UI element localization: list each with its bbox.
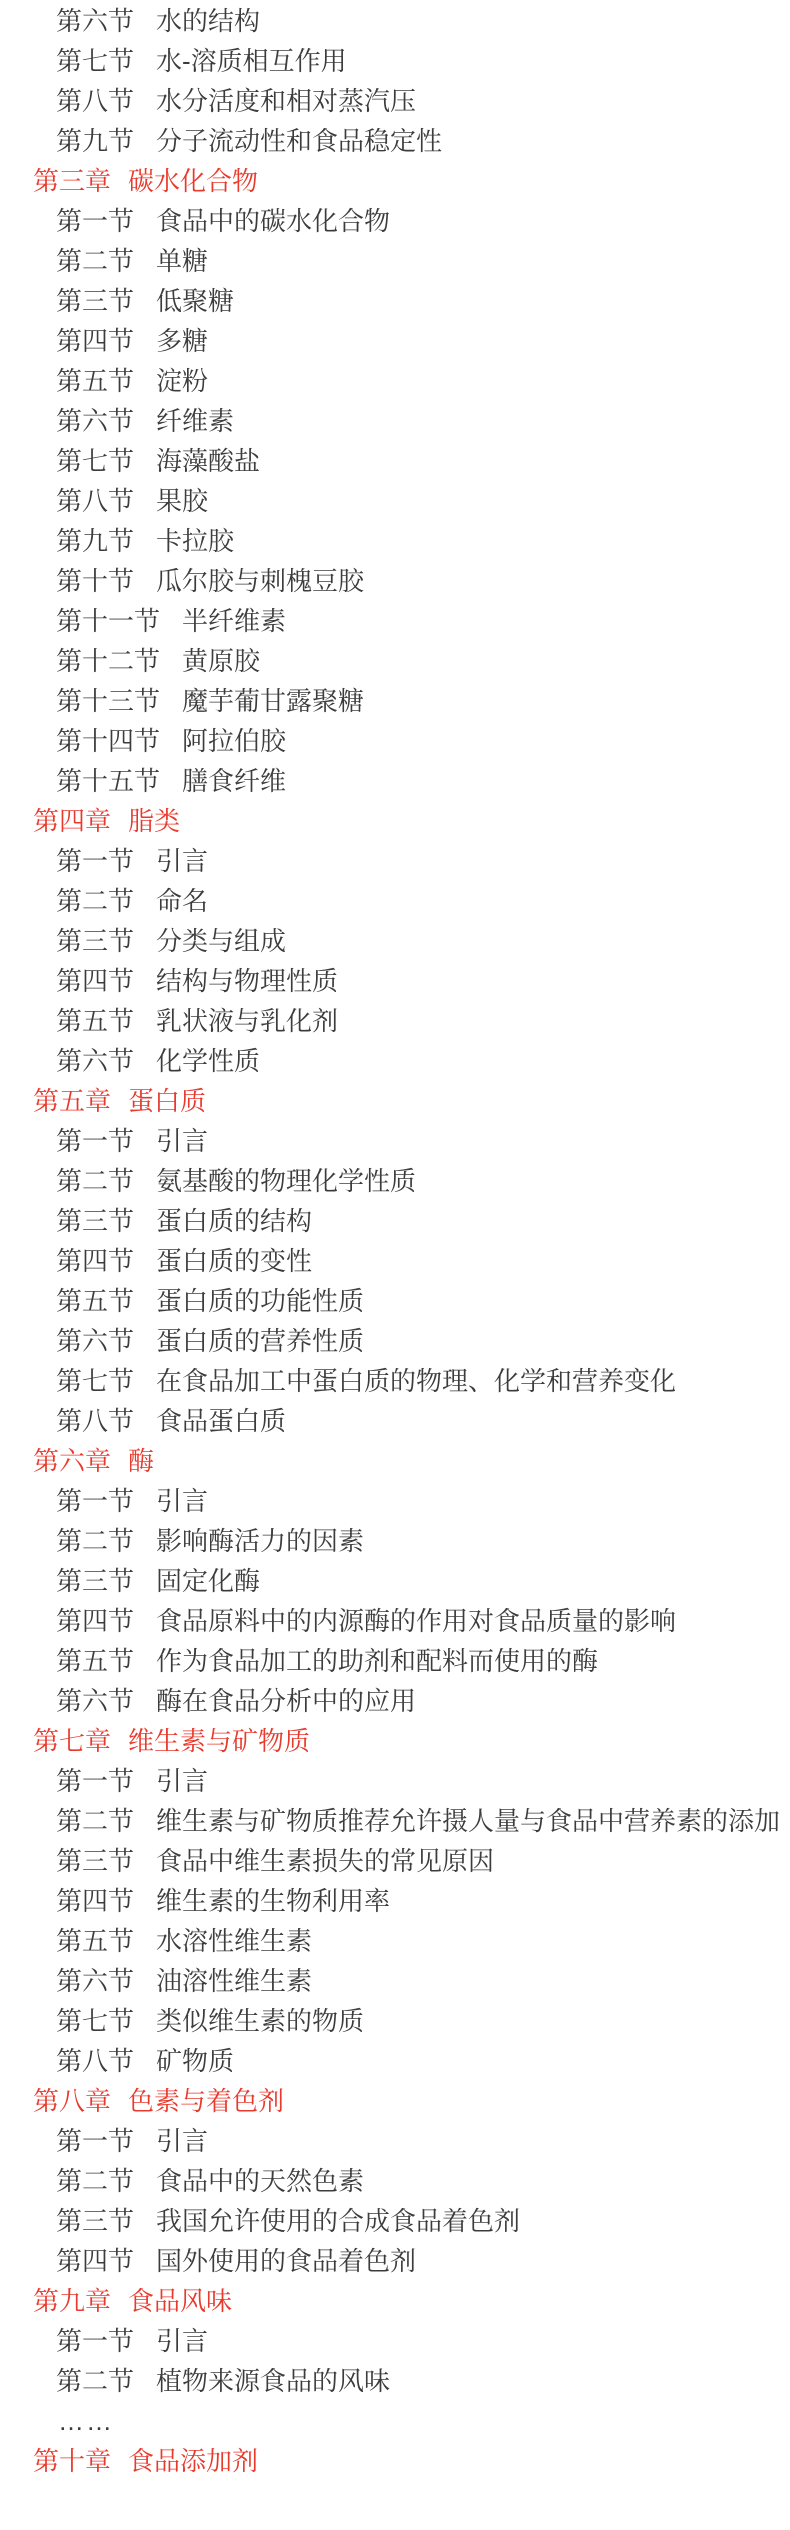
toc-row-title: 矿物质	[156, 2041, 234, 2081]
toc-row-section: 第十二节 黄原胶	[0, 641, 790, 681]
toc-row-title: 维生素的生物利用率	[156, 1881, 390, 1921]
toc-row-section: 第三节 固定化酶	[0, 1561, 790, 1601]
toc-row-title: 碳水化合物	[128, 161, 258, 201]
toc-row-label: 第八节	[56, 1401, 134, 1441]
toc-row-label: 第七节	[56, 2001, 134, 2041]
toc-row-label: 第三节	[56, 1841, 134, 1881]
toc-row-section: 第三节 我国允许使用的合成食品着色剂	[0, 2201, 790, 2241]
toc-row-label: 第四节	[56, 1241, 134, 1281]
toc-row-section: 第五节 水溶性维生素	[0, 1921, 790, 1961]
toc-row-label: 第二节	[56, 1161, 134, 1201]
toc-row-section: 第三节 分类与组成	[0, 921, 790, 961]
toc-row-title: 引言	[156, 1481, 208, 1521]
toc-row-title: 水的结构	[156, 1, 260, 41]
toc-row-section: 第六节 纤维素	[0, 401, 790, 441]
toc-row-label: 第一节	[56, 2121, 134, 2161]
toc-row-label: 第七节	[56, 1361, 134, 1401]
toc-row-label: 第三节	[56, 281, 134, 321]
toc-row-section: 第六节 蛋白质的营养性质	[0, 1321, 790, 1361]
toc-row-section: 第十五节 膳食纤维	[0, 761, 790, 801]
toc-row-section: 第一节 引言	[0, 2321, 790, 2361]
toc-row-title: 油溶性维生素	[156, 1961, 312, 2001]
toc-row-title: 引言	[156, 841, 208, 881]
toc-row-title: 命名	[156, 881, 208, 921]
toc-row-section: 第二节 氨基酸的物理化学性质	[0, 1161, 790, 1201]
toc-row-label: 第八节	[56, 2041, 134, 2081]
toc-row-label: 第十五节	[56, 761, 160, 801]
toc-row-label: 第一节	[56, 1121, 134, 1161]
toc-row-section: 第四节 维生素的生物利用率	[0, 1881, 790, 1921]
toc-row-title: 植物来源食品的风味	[156, 2361, 390, 2401]
toc-row-label: 第八节	[56, 481, 134, 521]
toc-row-section: 第六节 油溶性维生素	[0, 1961, 790, 2001]
toc-row-title: 魔芋葡甘露聚糖	[182, 681, 364, 721]
toc-row-title: 酶	[128, 1441, 154, 1481]
toc-row-label: 第六节	[56, 1041, 134, 1081]
toc-row-title: 多糖	[156, 321, 208, 361]
toc-row-label: 第五节	[56, 1641, 134, 1681]
toc-row-title: 脂类	[128, 801, 180, 841]
toc-row-title: 影响酶活力的因素	[156, 1521, 364, 1561]
toc-row-title: 作为食品加工的助剂和配料而使用的酶	[156, 1641, 598, 1681]
toc-row-section: 第五节 作为食品加工的助剂和配料而使用的酶	[0, 1641, 790, 1681]
toc-row-title: 化学性质	[156, 1041, 260, 1081]
toc-row-label: 第六节	[56, 1681, 134, 1721]
toc-row-label: 第六节	[56, 1321, 134, 1361]
toc-row-section: 第四节 食品原料中的内源酶的作用对食品质量的影响	[0, 1601, 790, 1641]
toc-row-section: 第二节 维生素与矿物质推荐允许摄人量与食品中营养素的添加	[0, 1801, 790, 1841]
toc-row-section: 第二节 单糖	[0, 241, 790, 281]
toc-row-label: 第三节	[56, 1561, 134, 1601]
toc-row-title: 水溶性维生素	[156, 1921, 312, 1961]
toc-row-section: 第三节 低聚糖	[0, 281, 790, 321]
toc-row-section: 第六节 化学性质	[0, 1041, 790, 1081]
toc-row-section: 第十节 瓜尔胶与刺槐豆胶	[0, 561, 790, 601]
toc-row-section: 第八节 矿物质	[0, 2041, 790, 2081]
toc-row-title: 固定化酶	[156, 1561, 260, 1601]
toc-row-label: 第七节	[56, 441, 134, 481]
toc-row-label: 第四节	[56, 961, 134, 1001]
toc-row-section: 第一节 引言	[0, 841, 790, 881]
toc-row-chapter: 第九章 食品风味	[0, 2281, 790, 2321]
toc-row-label: 第十二节	[56, 641, 160, 681]
toc-row-title: 低聚糖	[156, 281, 234, 321]
toc-row-chapter: 第三章 碳水化合物	[0, 161, 790, 201]
toc-row-title: 食品中维生素损失的常见原因	[156, 1841, 494, 1881]
toc-row-title: 食品风味	[128, 2281, 232, 2321]
toc-row-label: 第八章	[33, 2081, 111, 2121]
toc-row-title: 蛋白质的营养性质	[156, 1321, 364, 1361]
toc-row-section: 第一节 引言	[0, 1761, 790, 1801]
toc-row-title: 海藻酸盐	[156, 441, 260, 481]
toc-row-title: 色素与着色剂	[128, 2081, 284, 2121]
book-toc-page: { "page": { "background": "#ffffff", "ch…	[0, 0, 790, 2530]
toc-row-section: 第十三节 魔芋葡甘露聚糖	[0, 681, 790, 721]
toc-row-label: 第二节	[56, 2161, 134, 2201]
toc-row-ellipsis: ……	[0, 2401, 790, 2441]
toc-row-section: 第二节 食品中的天然色素	[0, 2161, 790, 2201]
toc-row-label: 第三节	[56, 2201, 134, 2241]
toc-row-label: 第五节	[56, 1001, 134, 1041]
toc-row-label: 第一节	[56, 1761, 134, 1801]
toc-row-section: 第六节 水的结构	[0, 1, 790, 41]
toc-row-title: 在食品加工中蛋白质的物理、化学和营养变化	[156, 1361, 676, 1401]
toc-row-label: 第六节	[56, 401, 134, 441]
toc-row-label: 第五章	[33, 1081, 111, 1121]
toc-row-label: 第九章	[33, 2281, 111, 2321]
toc-row-label: 第九节	[56, 121, 134, 161]
toc-row-label: 第十章	[33, 2441, 111, 2481]
toc-row-section: 第六节 酶在食品分析中的应用	[0, 1681, 790, 1721]
toc-row-label: 第三节	[56, 1201, 134, 1241]
toc-row-label: 第一节	[56, 2321, 134, 2361]
toc-row-label: 第九节	[56, 521, 134, 561]
toc-row-label: 第八节	[56, 81, 134, 121]
toc-row-title: 纤维素	[156, 401, 234, 441]
toc-row-section: 第四节 结构与物理性质	[0, 961, 790, 1001]
toc-row-label: 第六节	[56, 1, 134, 41]
toc-row-section: 第三节 蛋白质的结构	[0, 1201, 790, 1241]
toc-row-title: 引言	[156, 2321, 208, 2361]
toc-row-title: 维生素与矿物质	[128, 1721, 310, 1761]
toc-row-section: 第五节 淀粉	[0, 361, 790, 401]
toc-row-chapter: 第六章 酶	[0, 1441, 790, 1481]
toc-row-label: 第六节	[56, 1961, 134, 2001]
toc-row-label: 第二节	[56, 881, 134, 921]
toc-row-title: 蛋白质的变性	[156, 1241, 312, 1281]
toc-row-label: 第四节	[56, 321, 134, 361]
toc-row-section: 第八节 水分活度和相对蒸汽压	[0, 81, 790, 121]
toc-row-title: 引言	[156, 1761, 208, 1801]
toc-row-title: 食品中的碳水化合物	[156, 201, 390, 241]
toc-row-section: 第二节 命名	[0, 881, 790, 921]
toc-row-section: 第五节 蛋白质的功能性质	[0, 1281, 790, 1321]
toc-row-chapter: 第十章 食品添加剂	[0, 2441, 790, 2481]
toc-row-section: 第四节 多糖	[0, 321, 790, 361]
toc-row-title: 氨基酸的物理化学性质	[156, 1161, 416, 1201]
toc-row-label: 第六章	[33, 1441, 111, 1481]
toc-row-title: 结构与物理性质	[156, 961, 338, 1001]
toc-row-title: 蛋白质的功能性质	[156, 1281, 364, 1321]
toc-row-label: 第十一节	[56, 601, 160, 641]
toc-row-label: 第四节	[56, 1881, 134, 1921]
toc-row-title: 蛋白质的结构	[156, 1201, 312, 1241]
toc-row-title: 食品添加剂	[128, 2441, 258, 2481]
toc-row-title: 引言	[156, 1121, 208, 1161]
toc-row-label: 第四章	[33, 801, 111, 841]
toc-row-title: 酶在食品分析中的应用	[156, 1681, 416, 1721]
toc-row-section: 第八节 果胶	[0, 481, 790, 521]
toc-row-title: 果胶	[156, 481, 208, 521]
table-of-contents: 第六节 水的结构 第七节 水-溶质相互作用 第八节 水分活度和相对蒸汽压 第九节…	[0, 0, 790, 2481]
toc-row-title: 乳状液与乳化剂	[156, 1001, 338, 1041]
toc-row-section: 第九节 分子流动性和食品稳定性	[0, 121, 790, 161]
toc-row-title: 蛋白质	[128, 1081, 206, 1121]
toc-row-chapter: 第八章 色素与着色剂	[0, 2081, 790, 2121]
toc-row-label: 第二节	[56, 1521, 134, 1561]
toc-row-section: 第七节 在食品加工中蛋白质的物理、化学和营养变化	[0, 1361, 790, 1401]
toc-row-section: 第七节 类似维生素的物质	[0, 2001, 790, 2041]
toc-row-section: 第十一节 半纤维素	[0, 601, 790, 641]
toc-row-label: 第七节	[56, 41, 134, 81]
toc-row-section: 第二节 植物来源食品的风味	[0, 2361, 790, 2401]
toc-row-section: 第二节 影响酶活力的因素	[0, 1521, 790, 1561]
toc-row-chapter: 第四章 脂类	[0, 801, 790, 841]
toc-row-title: 阿拉伯胶	[182, 721, 286, 761]
toc-row-label: 第四节	[56, 1601, 134, 1641]
toc-row-section: 第一节 引言	[0, 2121, 790, 2161]
toc-row-label: 第二节	[56, 241, 134, 281]
toc-row-title: 分类与组成	[156, 921, 286, 961]
toc-row-section: 第三节 食品中维生素损失的常见原因	[0, 1841, 790, 1881]
toc-row-label: 第五节	[56, 1281, 134, 1321]
toc-row-label: 第一节	[56, 201, 134, 241]
toc-row-title: 瓜尔胶与刺槐豆胶	[156, 561, 364, 601]
toc-row-title: 半纤维素	[182, 601, 286, 641]
toc-row-label: 第一节	[56, 1481, 134, 1521]
toc-row-section: 第十四节 阿拉伯胶	[0, 721, 790, 761]
toc-row-label: 第五节	[56, 1921, 134, 1961]
toc-row-label: 第三节	[56, 921, 134, 961]
toc-row-title: 维生素与矿物质推荐允许摄人量与食品中营养素的添加	[156, 1801, 780, 1841]
toc-row-section: 第四节 国外使用的食品着色剂	[0, 2241, 790, 2281]
toc-row-title: 类似维生素的物质	[156, 2001, 364, 2041]
toc-row-title: 食品蛋白质	[156, 1401, 286, 1441]
toc-row-label: 第三章	[33, 161, 111, 201]
toc-row-title: 黄原胶	[182, 641, 260, 681]
toc-row-section: 第四节 蛋白质的变性	[0, 1241, 790, 1281]
toc-row-title: 淀粉	[156, 361, 208, 401]
toc-row-title: 分子流动性和食品稳定性	[156, 121, 442, 161]
toc-row-section: 第八节 食品蛋白质	[0, 1401, 790, 1441]
toc-row-title: 食品原料中的内源酶的作用对食品质量的影响	[156, 1601, 676, 1641]
toc-row-section: 第五节 乳状液与乳化剂	[0, 1001, 790, 1041]
toc-row-label: 第七章	[33, 1721, 111, 1761]
toc-row-label: 第十三节	[56, 681, 160, 721]
toc-row-label: 第五节	[56, 361, 134, 401]
toc-row-section: 第一节 食品中的碳水化合物	[0, 201, 790, 241]
toc-row-title: 国外使用的食品着色剂	[156, 2241, 416, 2281]
toc-row-title: 引言	[156, 2121, 208, 2161]
toc-row-label: 第二节	[56, 1801, 134, 1841]
toc-row-title: 我国允许使用的合成食品着色剂	[156, 2201, 520, 2241]
toc-row-chapter: 第五章 蛋白质	[0, 1081, 790, 1121]
toc-row-label: 第一节	[56, 841, 134, 881]
toc-row-section: 第九节 卡拉胶	[0, 521, 790, 561]
toc-row-chapter: 第七章 维生素与矿物质	[0, 1721, 790, 1761]
toc-row-title: 膳食纤维	[182, 761, 286, 801]
toc-row-section: 第七节 海藻酸盐	[0, 441, 790, 481]
toc-row-title: 水-溶质相互作用	[156, 41, 347, 81]
toc-row-section: 第一节 引言	[0, 1481, 790, 1521]
toc-row-title: 食品中的天然色素	[156, 2161, 364, 2201]
toc-row-label: ……	[58, 2401, 114, 2441]
toc-row-label: 第四节	[56, 2241, 134, 2281]
toc-row-label: 第二节	[56, 2361, 134, 2401]
toc-row-title: 单糖	[156, 241, 208, 281]
toc-row-label: 第十节	[56, 561, 134, 601]
toc-row-section: 第一节 引言	[0, 1121, 790, 1161]
toc-row-section: 第七节 水-溶质相互作用	[0, 41, 790, 81]
toc-row-title: 卡拉胶	[156, 521, 234, 561]
toc-row-title: 水分活度和相对蒸汽压	[156, 81, 416, 121]
toc-row-label: 第十四节	[56, 721, 160, 761]
